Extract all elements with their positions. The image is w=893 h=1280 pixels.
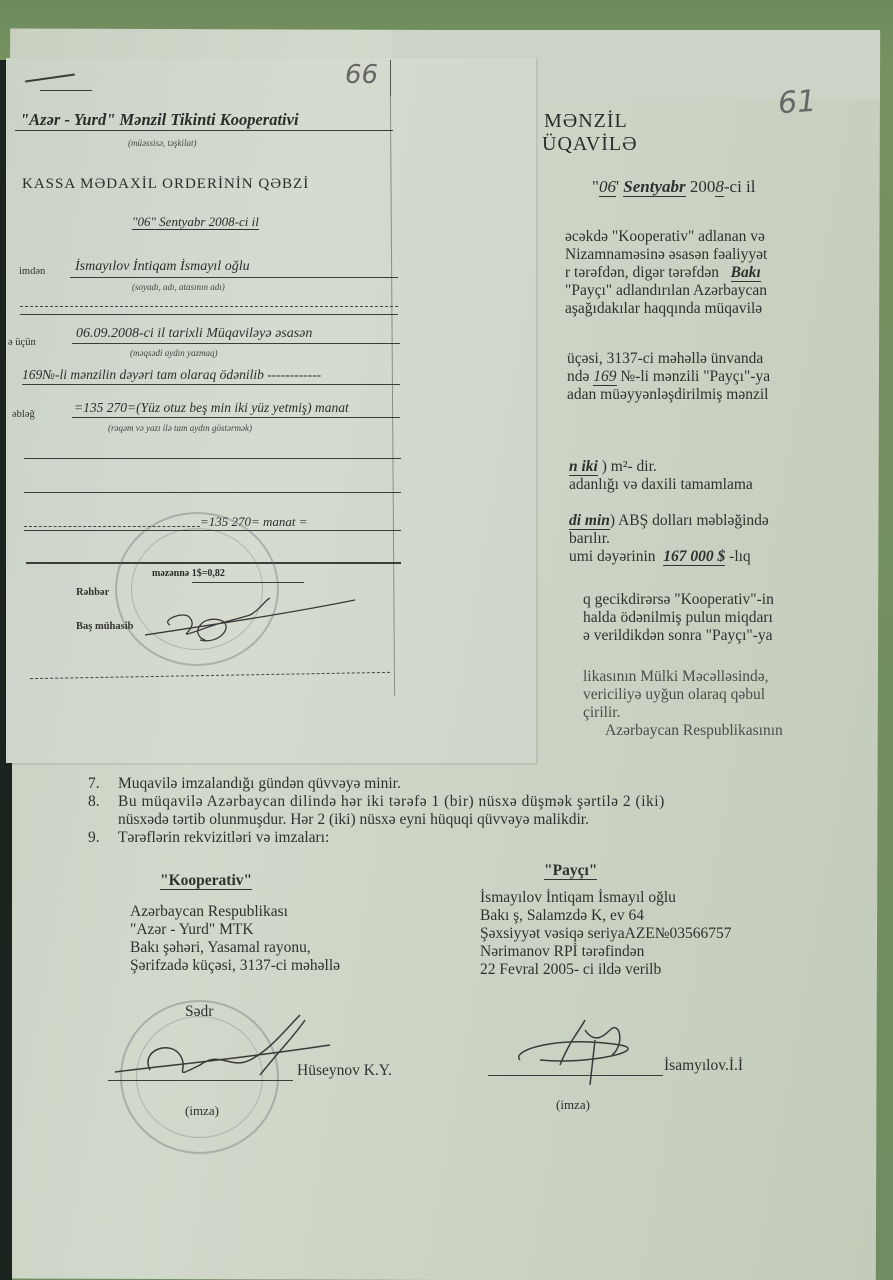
org-caption: (müəssisə, təşkilat) (128, 138, 196, 148)
sign-caption-shareholder: (imza) (556, 1097, 590, 1113)
contract-title-1: MƏNZİL (544, 110, 628, 133)
scribble-mark-2 (40, 90, 92, 91)
purpose-label: ə üçün (8, 337, 36, 348)
from-caption: (soyadı, adı, atasının adı) (132, 282, 225, 292)
rate-line (192, 582, 304, 583)
purpose-line-2 (22, 384, 400, 385)
sign-caption-coop: (imza) (185, 1103, 219, 1119)
blank-line-3 (24, 492, 401, 493)
from-value: İsmayılov İntiqam İsmayıl oğlu (75, 259, 250, 275)
blank-line-1 (20, 306, 398, 307)
org-name: "Azər - Yurd" Mənzil Tikinti Kooperativi (20, 110, 299, 130)
head-label: Rəhbər (76, 587, 109, 598)
para-6: likasının Mülki Məcəlləsində, vericiliyə… (583, 668, 783, 740)
contract-date: "06' Sentyabr 2008-ci il (592, 178, 756, 196)
signature-shareholder-icon (500, 1010, 660, 1085)
para-price: di min) ABŞ dolları məbləğində barılır. … (569, 512, 769, 566)
contract-title-2: ÜQAVİLƏ (542, 133, 638, 156)
signature-accountant-icon (140, 590, 370, 650)
amount-label: əbləğ (12, 409, 35, 420)
purpose-value-2: 169№-li mənzilin dəyəri tam olaraq ödəni… (22, 367, 321, 383)
from-label: imdən (19, 266, 45, 277)
receipt-title: KASSA MƏDAXİL ORDERİNİN QƏBZİ (22, 176, 309, 193)
page-number-left: 66 (345, 60, 378, 90)
para-3: n iki ) m²- dir. adanlığı və daxili tama… (569, 458, 753, 494)
purpose-line (72, 343, 400, 344)
org-underline (15, 130, 393, 131)
blank-line-2 (24, 458, 401, 459)
blank-line-1b (20, 314, 398, 315)
para-2: üçəsi, 3137-ci məhəllə ünvanda ndə 169 №… (567, 350, 770, 404)
party-shareholder: "Payçı" İsmayılov İntiqam İsmayıl oğlu B… (480, 862, 732, 979)
purpose-caption: (məqsədi aydın yazmaq) (130, 348, 217, 358)
para-5: q gecikdirərsə "Kooperativ"-in halda ödə… (583, 591, 774, 645)
signer-coop-name: Hüseynov K.Y. (297, 1062, 392, 1080)
exchange-rate: məzənnə 1$=0,82 (152, 568, 225, 579)
receipt-divider (390, 60, 391, 100)
amount-value: =135 270=(Yüz otuz beş min iki yüz yetmi… (74, 400, 349, 416)
amount-caption: (rəqəm və yazı ilə tam aydın göstərmək) (108, 423, 252, 433)
party-cooperative: "Kooperativ" Azərbaycan Respublikası "Az… (130, 872, 340, 975)
amount-line (72, 417, 400, 418)
receipt-date: "06" Sentyabr 2008-ci il (132, 214, 259, 230)
purpose-value: 06.09.2008-ci il tarixli Müqaviləyə əsas… (76, 326, 312, 342)
signer-shareholder-name: İsamyılov.İ.İ (664, 1057, 743, 1075)
from-line (70, 277, 398, 278)
contract-items: 7.Muqavilə imzalandığı gündən qüvvəyə mi… (88, 775, 848, 847)
para-1: əcəkdə "Kooperativ" adlanan və Nizamnamə… (565, 228, 767, 318)
page-number-right: 61 (777, 84, 818, 122)
chief-accountant-label: Baş mühasib (76, 621, 133, 632)
